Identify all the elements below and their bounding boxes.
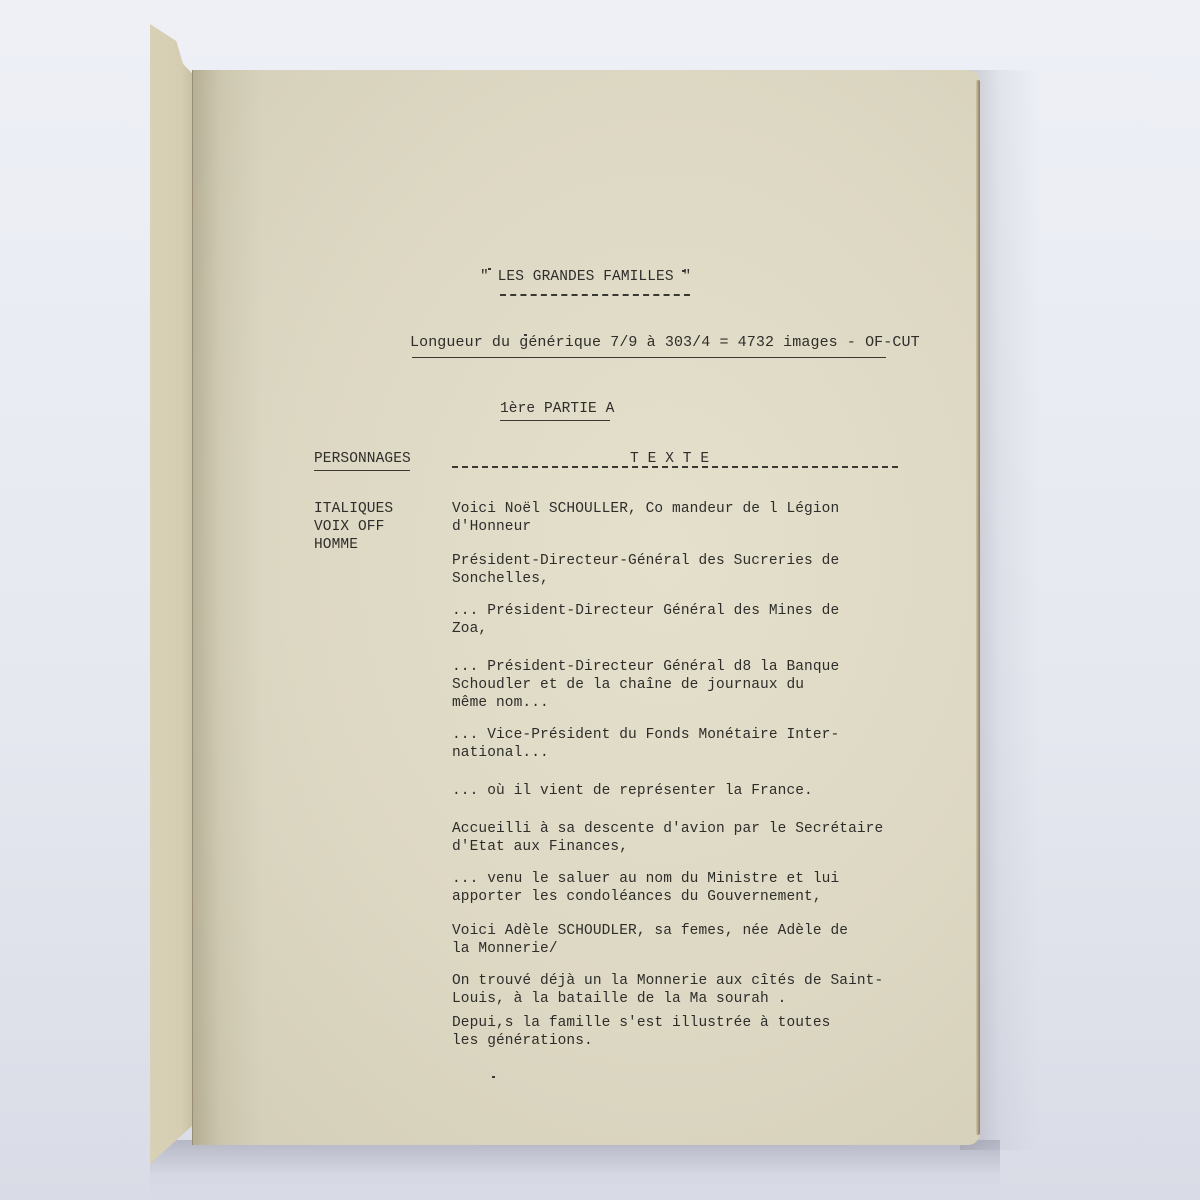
- script-page: " LES GRANDES FAMILLES " Longueur du gén…: [192, 70, 980, 1145]
- paragraph: ... Président-Directeur Général des Mine…: [452, 602, 839, 638]
- ink-speck: [492, 1076, 495, 1078]
- paragraph: Président-Directeur-Général des Sucrerie…: [452, 552, 839, 588]
- paragraph: ... venu le saluer au nom du Ministre et…: [452, 870, 839, 906]
- text-line: ... venu le saluer au nom du Ministre et…: [452, 871, 839, 887]
- text-line: Voici Noël SCHOULLER, Co mandeur de l Lé…: [452, 501, 839, 517]
- text-line: ... Président-Directeur Général des Mine…: [452, 603, 839, 619]
- character-line: ITALIQUES: [314, 501, 393, 517]
- text-line: ... Vice-Président du Fonds Monétaire In…: [452, 727, 839, 743]
- text-line: Sonchelles,: [452, 571, 549, 587]
- text-line: Schoudler et de la chaîne de journaux du: [452, 677, 804, 693]
- book-bottom-shadow: [150, 1140, 1000, 1200]
- characters-header-underline: [314, 470, 410, 471]
- text-line: d'Etat aux Finances,: [452, 839, 628, 855]
- text-line: ... où il vient de représenter la France…: [452, 783, 813, 799]
- part-heading-underline: [500, 420, 610, 421]
- character-line: VOIX OFF: [314, 519, 384, 535]
- title-underline: [500, 294, 690, 296]
- text-line: même nom...: [452, 695, 549, 711]
- character-direction: ITALIQUES VOIX OFF HOMME: [314, 500, 393, 554]
- paragraph: ... Président-Directeur Général d8 la Ba…: [452, 658, 839, 712]
- text-line: d'Honneur: [452, 519, 531, 535]
- paragraph: Voici Adèle SCHOUDLER, sa femes, née Adè…: [452, 922, 848, 958]
- text-line: Président-Directeur-Général des Sucrerie…: [452, 553, 839, 569]
- character-line: HOMME: [314, 537, 358, 553]
- paragraph: On trouvé déjà un la Monnerie aux cîtés …: [452, 972, 883, 1008]
- text-line: Accueilli à sa descente d'avion par le S…: [452, 821, 883, 837]
- document-title: " LES GRANDES FAMILLES ": [480, 268, 691, 286]
- previous-page-leaf: [150, 24, 194, 1164]
- text-line: On trouvé déjà un la Monnerie aux cîtés …: [452, 973, 883, 989]
- paragraph: Voici Noël SCHOULLER, Co mandeur de l Lé…: [452, 500, 839, 536]
- text-line: Depui,s la famille s'est illustrée à tou…: [452, 1015, 830, 1031]
- text-line: national...: [452, 745, 549, 761]
- text-line: Zoa,: [452, 621, 487, 637]
- text-line: apporter les condoléances du Gouvernemen…: [452, 889, 822, 905]
- column-header-characters: PERSONNAGES: [314, 450, 411, 468]
- text-line: ... Président-Directeur Général d8 la Ba…: [452, 659, 839, 675]
- part-heading: 1ère PARTIE A: [500, 400, 614, 418]
- text-header-underline: [452, 466, 898, 468]
- credits-length-line: Longueur du générique 7/9 à 303/4 = 4732…: [410, 334, 920, 352]
- text-line: la Monnerie/: [452, 941, 558, 957]
- text-line: les générations.: [452, 1033, 593, 1049]
- paragraph: ... où il vient de représenter la France…: [452, 782, 813, 800]
- paragraph: Accueilli à sa descente d'avion par le S…: [452, 820, 883, 856]
- gutter-shadow: [192, 70, 262, 1145]
- credits-underline: [412, 357, 886, 358]
- paragraph: Depui,s la famille s'est illustrée à tou…: [452, 1014, 830, 1050]
- page-edge: [976, 80, 980, 1135]
- text-line: Voici Adèle SCHOUDLER, sa femes, née Adè…: [452, 923, 848, 939]
- text-line: Louis, à la bataille de la Ma sourah .: [452, 991, 786, 1007]
- paragraph: ... Vice-Président du Fonds Monétaire In…: [452, 726, 839, 762]
